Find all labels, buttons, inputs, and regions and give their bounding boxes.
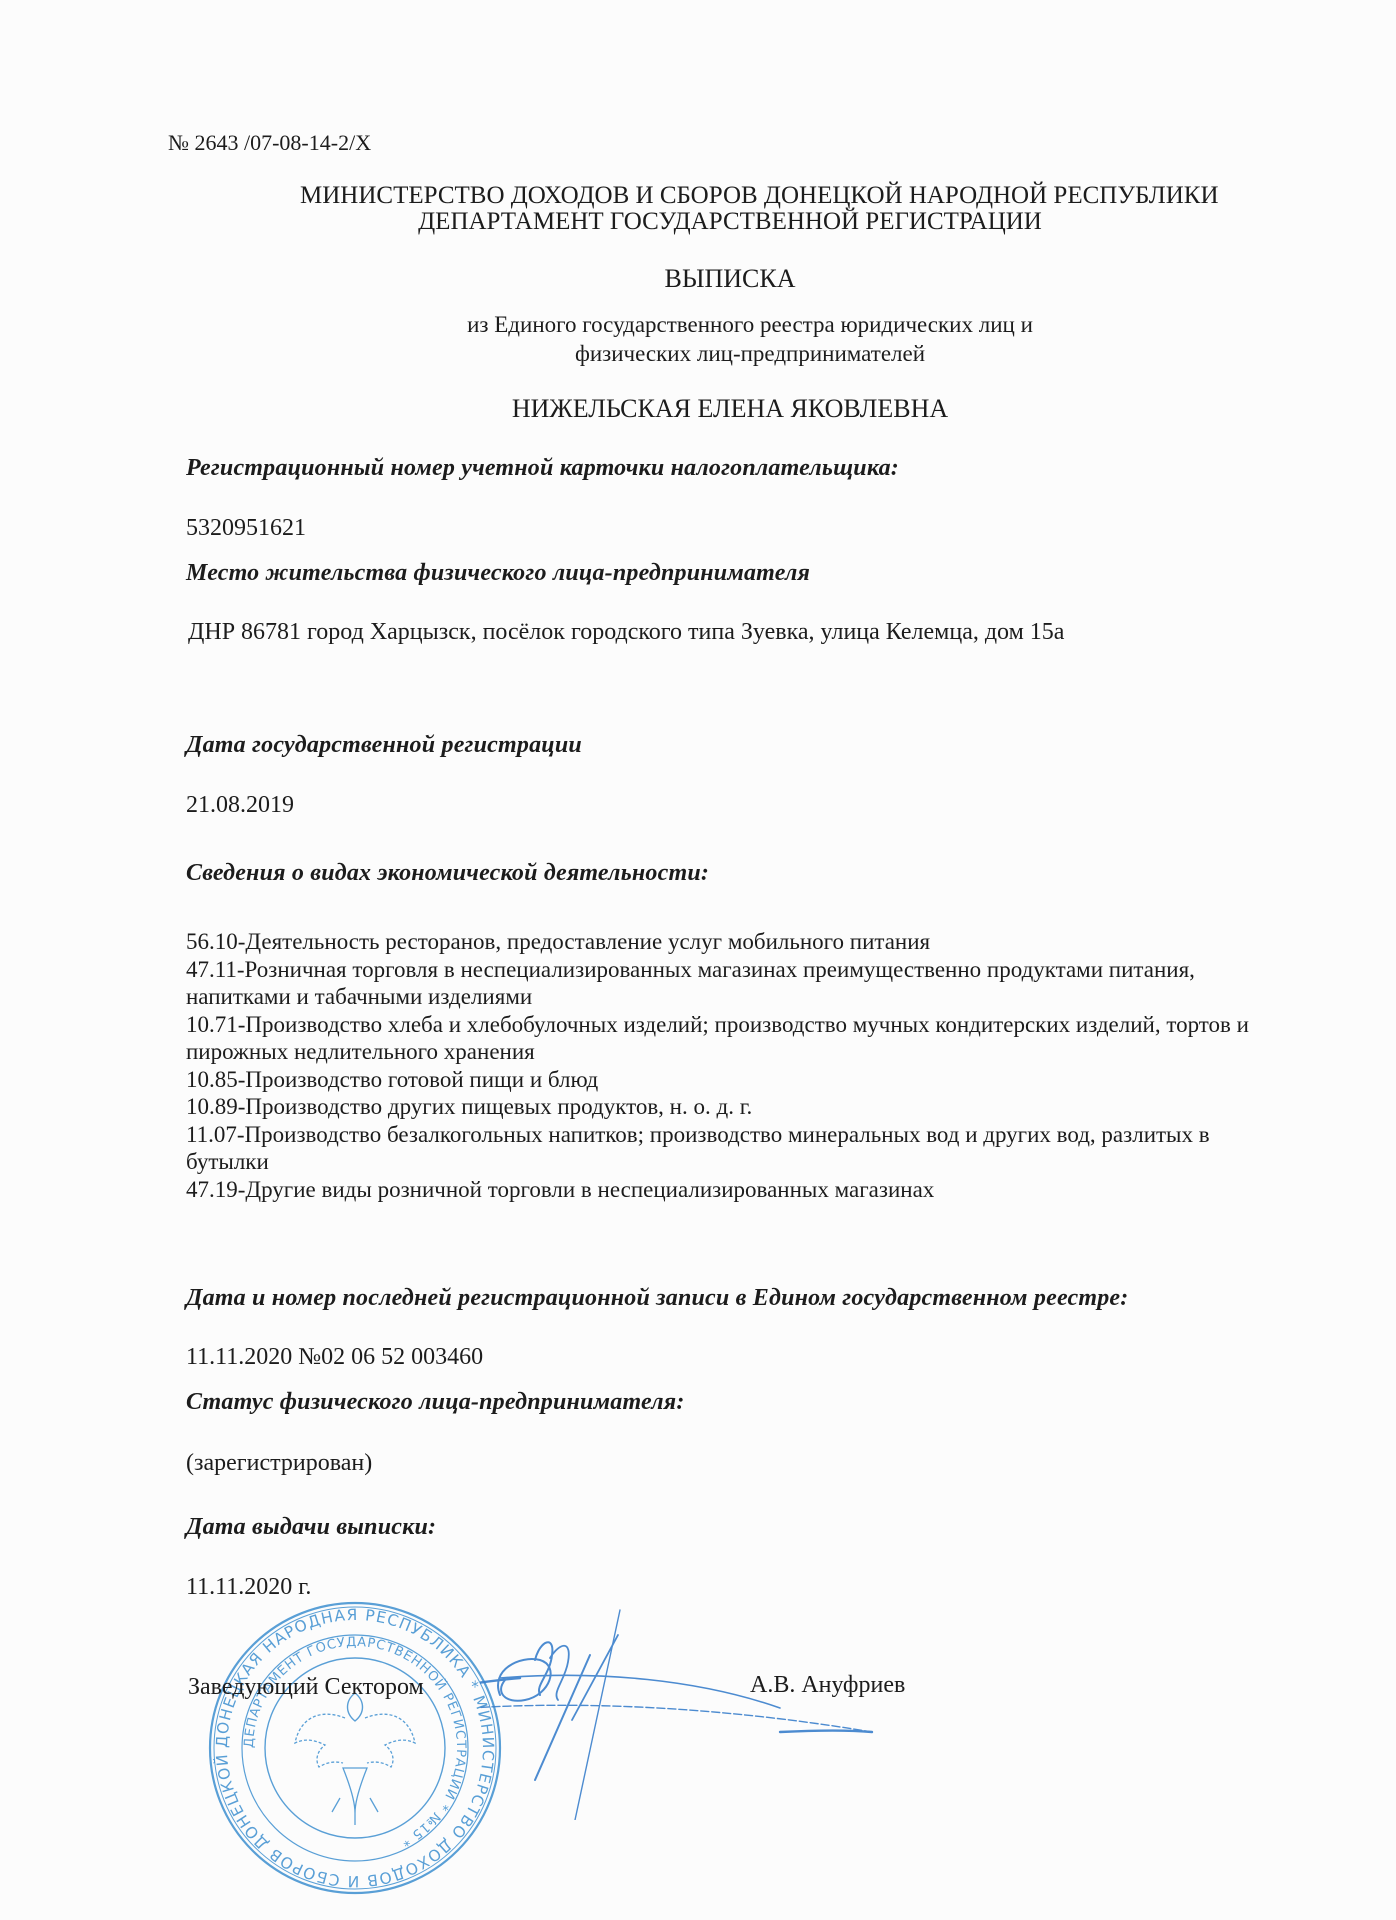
issue-date-label: Дата выдачи выписки: xyxy=(186,1515,436,1539)
residence-value: ДНР 86781 город Харцызск, посёлок городс… xyxy=(188,620,1064,644)
activity-item: 10.71-Производство хлеба и хлебобулочных… xyxy=(186,1011,1286,1066)
issue-date-value: 11.11.2020 г. xyxy=(186,1575,311,1599)
subtitle-line-1: из Единого государственного реестра юрид… xyxy=(450,310,1050,339)
residence-label: Место жительства физического лица-предпр… xyxy=(186,561,810,585)
signature-icon xyxy=(480,1600,900,1820)
official-stamp-icon: ДОНЕЦКАЯ НАРОДНАЯ РЕСПУБЛИКА * МИНИСТЕРС… xyxy=(205,1598,505,1898)
activities-label: Сведения о видах экономической деятельно… xyxy=(186,861,709,885)
registration-date-label: Дата государственной регистрации xyxy=(186,733,582,757)
registration-date-value: 21.08.2019 xyxy=(186,793,294,817)
tax-id-label: Регистрационный номер учетной карточки н… xyxy=(186,456,899,480)
ministry-heading: МИНИСТЕРСТВО ДОХОДОВ И СБОРОВ ДОНЕЦКОЙ Н… xyxy=(300,183,1160,209)
activities-list: 56.10-Деятельность ресторанов, предостав… xyxy=(186,928,1286,1203)
activity-item: 10.85-Производство готовой пищи и блюд xyxy=(186,1066,1286,1094)
subtitle-line-2: физических лиц-предпринимателей xyxy=(450,339,1050,368)
document-ref-number: № 2643 /07-08-14-2/X xyxy=(168,132,371,154)
document-page: № 2643 /07-08-14-2/X МИНИСТЕРСТВО ДОХОДО… xyxy=(0,0,1396,1920)
activity-item: 10.89-Производство других пищевых продук… xyxy=(186,1093,1286,1121)
tax-id-value: 5320951621 xyxy=(186,516,306,540)
signer-name: А.В. Ануфриев xyxy=(750,1673,905,1697)
signer-position: Заведующий Сектором xyxy=(188,1675,424,1699)
department-heading: ДЕПАРТАМЕНТ ГОСУДАРСТВЕННОЙ РЕГИСТРАЦИИ xyxy=(300,209,1160,235)
person-name: НИЖЕЛЬСКАЯ ЕЛЕНА ЯКОВЛЕВНА xyxy=(0,396,1396,422)
activity-item: 11.07-Производство безалкогольных напитк… xyxy=(186,1121,1286,1176)
activity-item: 47.19-Другие виды розничной торговли в н… xyxy=(186,1176,1286,1204)
document-title: ВЫПИСКА xyxy=(0,266,1396,292)
document-subtitle: из Единого государственного реестра юрид… xyxy=(450,310,1050,368)
last-record-label: Дата и номер последней регистрационной з… xyxy=(186,1286,1128,1310)
status-label: Статус физического лица-предпринимателя: xyxy=(186,1390,685,1414)
last-record-value: 11.11.2020 №02 06 52 003460 xyxy=(186,1345,483,1369)
activity-item: 47.11-Розничная торговля в неспециализир… xyxy=(186,956,1286,1011)
status-value: (зарегистрирован) xyxy=(186,1451,372,1475)
activity-item: 56.10-Деятельность ресторанов, предостав… xyxy=(186,928,1286,956)
